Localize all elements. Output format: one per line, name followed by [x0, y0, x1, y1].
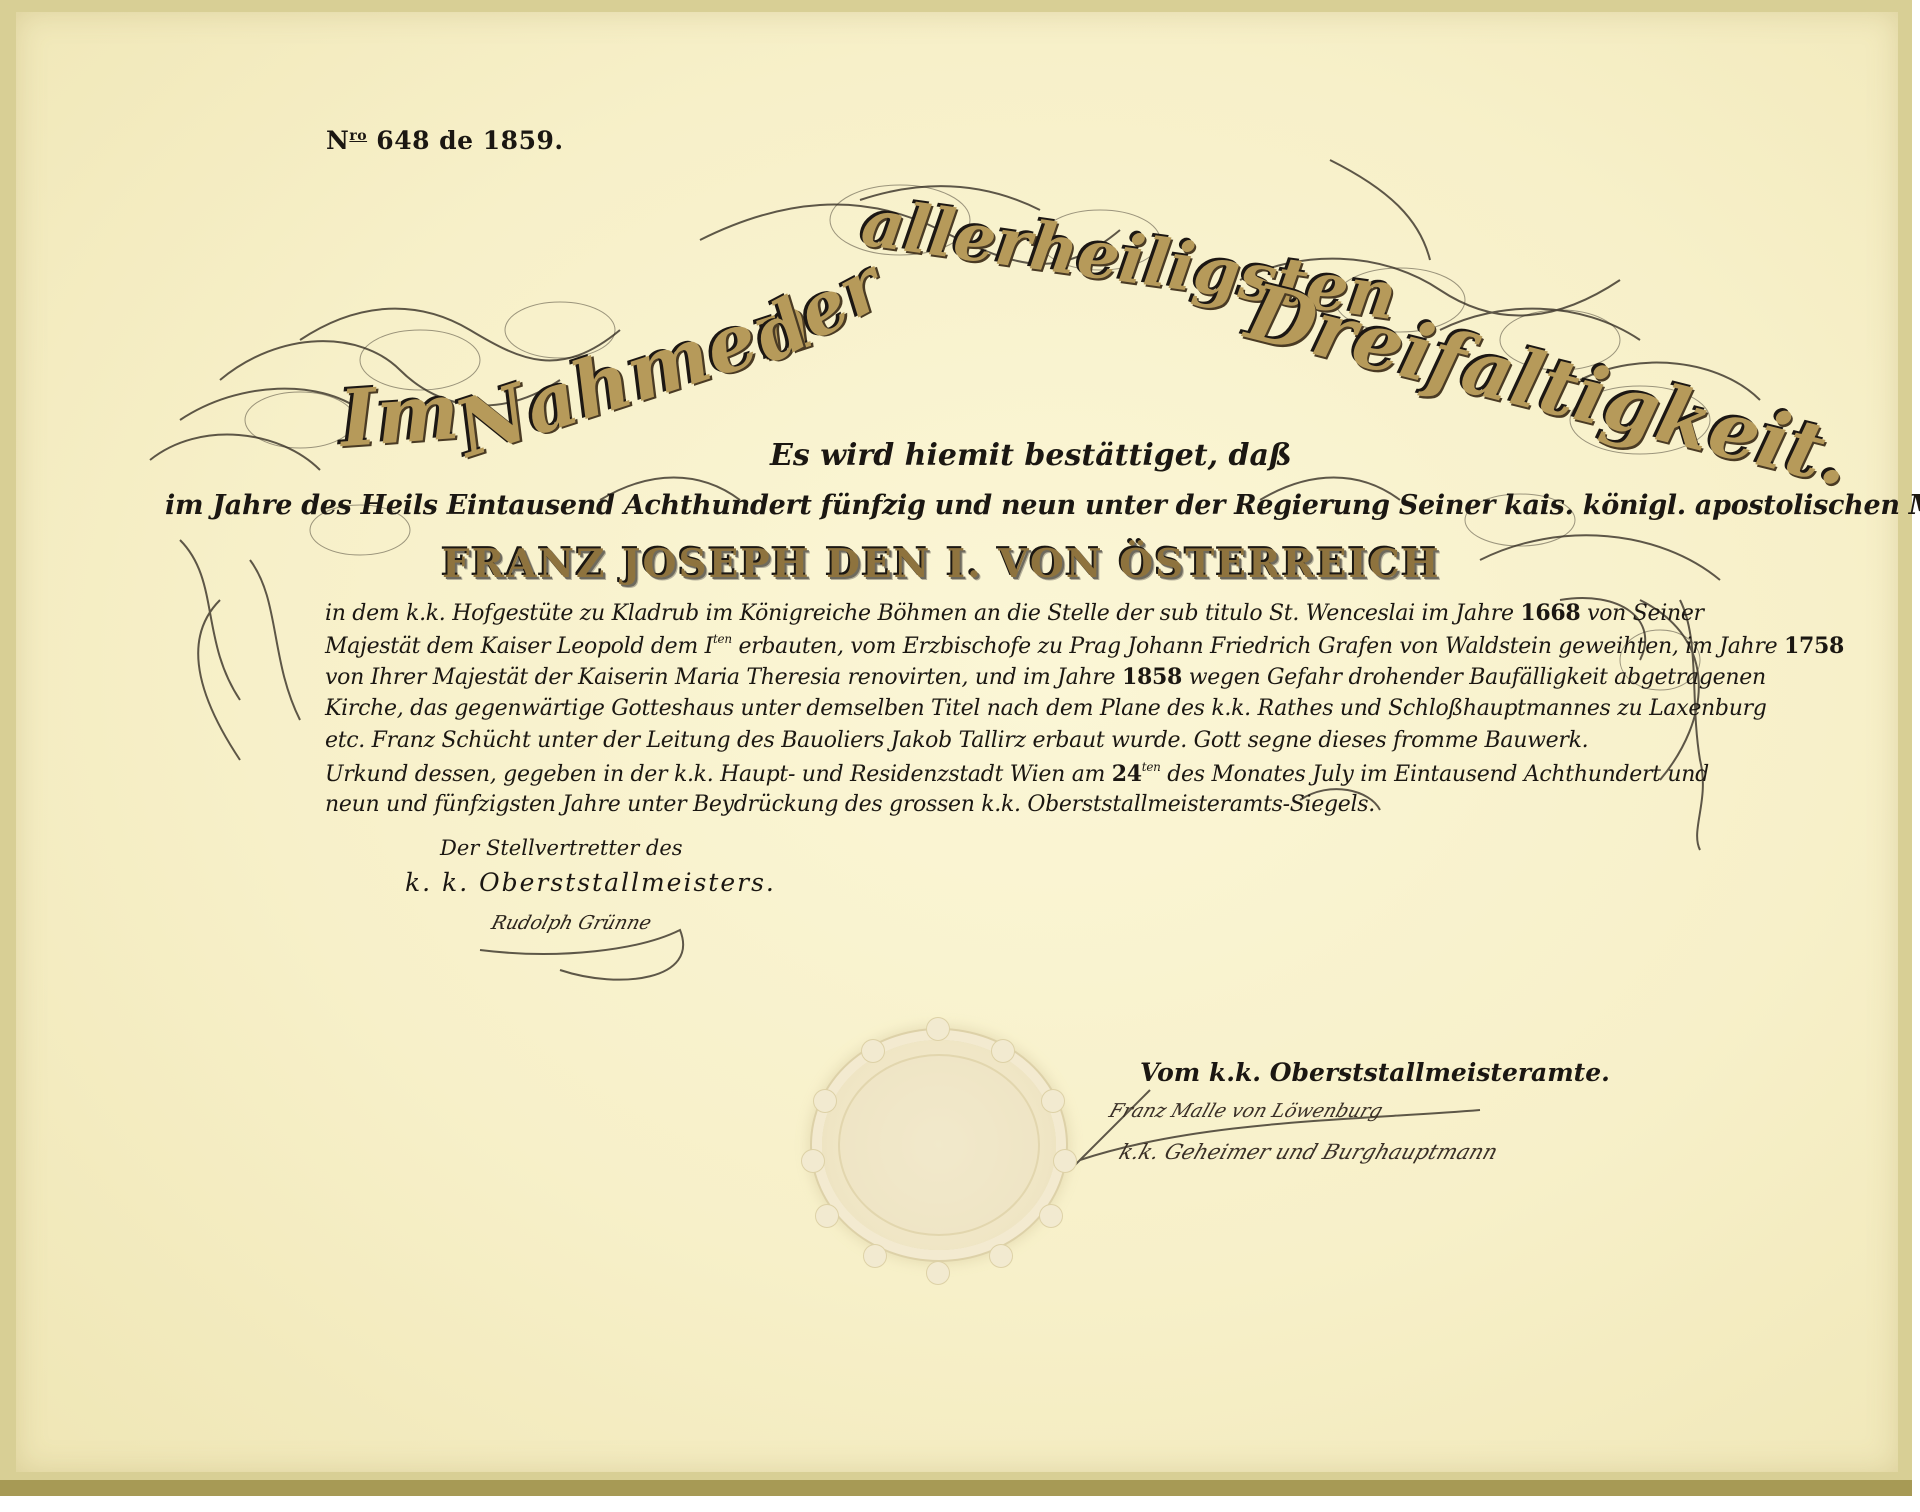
embossed-seal [822, 1040, 1056, 1250]
seal-trefoil [862, 1040, 884, 1062]
body-line: von Ihrer Majestät der Kaiserin Maria Th… [325, 664, 1766, 690]
document-number: Nro 648 de 1859. [326, 126, 564, 155]
seal-trefoil [1040, 1205, 1062, 1227]
deputy-title-line1: Der Stellvertretter des [440, 836, 683, 860]
seal-trefoil [990, 1245, 1012, 1267]
number-prefix: N [326, 126, 349, 155]
heading-word: Im [337, 366, 462, 465]
seal-trefoil [927, 1018, 949, 1040]
seal-trefoil [1054, 1150, 1076, 1172]
number-superscript: ro [349, 128, 367, 144]
seal-trefoil [992, 1040, 1014, 1062]
number-value: 648 de 1859. [376, 126, 563, 155]
seal-trefoil [927, 1262, 949, 1284]
deputy-title-line2: k. k. Oberststallmeisters. [405, 868, 776, 897]
mount-edge [0, 1480, 1912, 1496]
confirmation-line: Es wird hiemit bestättiget, daß [770, 438, 1292, 473]
body-line: neun und fünfzigsten Jahre unter Beydrüc… [325, 792, 1375, 817]
seal-center [838, 1054, 1040, 1236]
seal-trefoil [802, 1150, 824, 1172]
body-line: Majestät dem Kaiser Leopold dem Iten erb… [325, 632, 1844, 659]
office-signature-line2: k.k. Geheimer und Burghauptmann [1116, 1140, 1501, 1164]
body-line: Urkund dessen, gegeben in der k.k. Haupt… [325, 760, 1709, 787]
body-line: etc. Franz Schücht unter der Leitung des… [325, 728, 1588, 753]
deputy-signature: Rudolph Grünne [489, 912, 654, 934]
seal-trefoil [864, 1245, 886, 1267]
document-heading: Im Nahmen der allerheiligsten Dreifaltig… [300, 240, 1700, 460]
office-title: Vom k.k. Oberststallmeisteramte. [1140, 1058, 1610, 1087]
seal-trefoil [816, 1205, 838, 1227]
emperor-name: FRANZ JOSEPH DEN I. VON ÖSTERREICH [442, 541, 1441, 587]
body-line: in dem k.k. Hofgestüte zu Kladrub im Kön… [325, 600, 1704, 626]
seal-trefoil [814, 1090, 836, 1112]
body-line: Kirche, das gegenwärtige Gotteshaus unte… [325, 696, 1767, 721]
seal-trefoil [1042, 1090, 1064, 1112]
office-signature-line1: Franz Malle von Löwenburg [1106, 1100, 1385, 1122]
year-and-reign-line: im Jahre des Heils Eintausend Achthunder… [165, 490, 1920, 521]
